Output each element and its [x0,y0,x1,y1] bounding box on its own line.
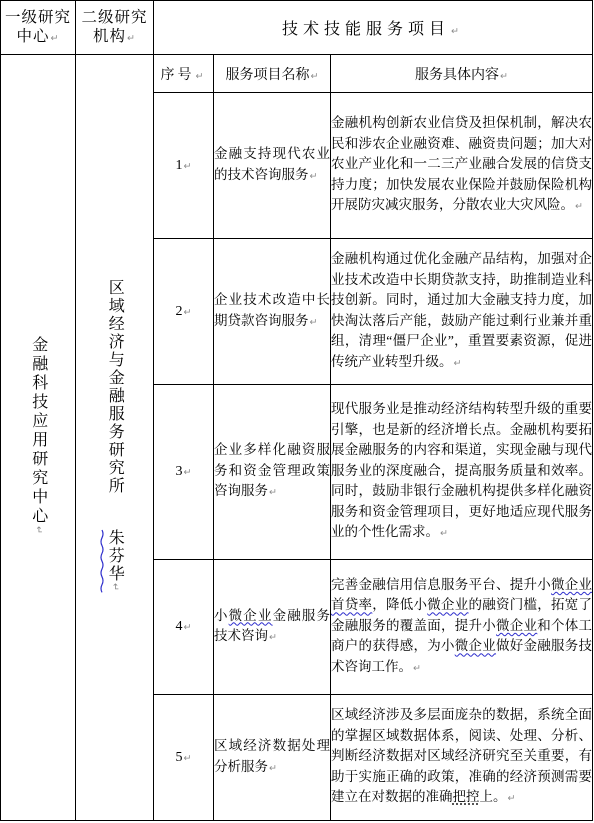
row-number-cell: 4↵ [154,560,214,695]
row-number-cell: 5↵ [154,695,214,821]
paragraph-mark: ↵ [309,171,318,182]
subheader-service-name-label: 服务项目名称 [226,68,310,83]
text-segment-wavy: 微企业 [427,597,468,612]
text-segment: 现代服务业是推动经济结构转型升级的重要引擎，也是新的经济增长点。金融机构要拓展金… [331,401,592,539]
row-number: 1 [176,158,183,173]
service-content-cell: 完善金融信用信息服务平台、提升小微企业首贷率，降低小微企业的融资门槛，拓宽了金融… [331,560,593,695]
paragraph-mark: ↵ [310,71,319,82]
header-level2-institution: 二级研究机构↵ [76,1,154,55]
institute-vertical-text: 区域经济与金融服务研究所朱芬华↵ [106,279,124,591]
text-segment: 小 [214,608,229,623]
subheader-service-content: 服务具体内容↵ [331,55,593,93]
text-segment-wavy: 微企业 [229,608,273,623]
service-content-cell: 区域经济涉及多层面庞杂的数据，系统全面的掌握区域数据体系，阅读、处理、分析、判断… [331,695,593,821]
services-title-label: 技术技能服务项目 [282,21,450,38]
paragraph-mark: ↵ [450,26,464,37]
header-services-title: 技术技能服务项目↵ [154,1,593,55]
text-segment: 上。 [480,789,507,804]
text-segment: 完善金融信用信息服务平台、提升小 [331,577,551,592]
document-table: 一级研究中心↵ 二级研究机构↵ 技术技能服务项目↵ 金融科技应用研究中心↵ 区域… [0,0,593,821]
center-vertical-text: 金融科技应用研究中心↵ [29,336,47,534]
subheader-number: 序号↵ [154,55,214,93]
service-name-cell: 金融支持现代农业的技术咨询服务↵ [214,93,331,239]
paragraph-mark: ↵ [499,71,508,82]
header-level1-center: 一级研究中心↵ [1,1,76,55]
vertical-spacer [114,495,115,529]
service-content-cell: 金融机构通过优化金融产品结构，加强对企业技术改造中长期贷款支持，助推制造业科技创… [331,239,593,385]
row-number: 3 [176,464,183,479]
service-name-cell: 小微企业金融服务技术咨询↵ [214,560,331,695]
paragraph-mark: ↵ [183,161,192,172]
service-name-cell: 企业多样化融资服务和资金管理政策咨询服务↵ [214,385,331,560]
text-segment-wavy: 微企业 [455,638,496,653]
service-name-cell: 企业技术改造中长期贷款咨询服务↵ [214,239,331,385]
paragraph-mark: ↵ [126,33,136,44]
paragraph-mark: ↵ [195,71,207,82]
subheader-service-content-label: 服务具体内容 [415,68,499,83]
paragraph-mark: ↵ [32,526,44,534]
header-level2-label: 二级研究机构 [81,9,147,45]
row-number: 4 [176,619,183,634]
row-number: 5 [176,750,183,765]
paragraph-mark: ↵ [412,663,421,674]
paragraph-mark: ↵ [268,763,277,774]
text-segment: 金融机构通过优化金融产品结构，加强对企业技术改造中长期贷款支持，助推制造业科技创… [331,251,592,369]
paragraph-mark: ↵ [268,487,277,498]
person-name: 朱芬华 [106,529,123,583]
wavy-underline-icon [99,529,105,593]
row-number-cell: 3↵ [154,385,214,560]
row-number: 2 [176,304,183,319]
subheader-number-label: 序号 [161,68,195,83]
service-content-cell: 金融机构创新农业信贷及担保机制，解决农民和涉农企业融资难、融资贵问题；加大对农业… [331,93,593,239]
row-number-cell: 2↵ [154,239,214,385]
subheader-service-name: 服务项目名称↵ [214,55,331,93]
row-number-cell: 1↵ [154,93,214,239]
paragraph-mark: ↵ [183,753,192,764]
text-segment-dotted: 把控 [453,789,480,804]
person-name-wrap: 朱芬华 [106,529,123,583]
paragraph-mark: ↵ [309,317,318,328]
paragraph-mark: ↵ [108,583,120,591]
center-title: 金融科技应用研究中心 [30,336,47,526]
center-column-cell: 金融科技应用研究中心↵ [1,55,76,821]
paragraph-mark: ↵ [453,358,462,369]
paragraph-mark: ↵ [439,528,448,539]
text-segment: 金融机构创新农业信贷及担保机制，解决农民和涉农企业融资难、融资贵问题；加大对农业… [331,115,592,212]
table-subheader-row: 金融科技应用研究中心↵ 区域经济与金融服务研究所朱芬华↵ 序号↵ 服务项目名称↵… [1,55,593,93]
text-segment-wavy: 微企业 [496,618,537,633]
paragraph-mark: ↵ [183,307,192,318]
header-level1-label: 一级研究中心 [5,9,71,45]
paragraph-mark: ↵ [183,467,192,478]
institute-title: 区域经济与金融服务研究所 [106,279,123,495]
text-segment: ，降低小 [372,597,427,612]
table-header-row: 一级研究中心↵ 二级研究机构↵ 技术技能服务项目↵ [1,1,593,55]
service-content-cell: 现代服务业是推动经济结构转型升级的重要引擎，也是新的经济增长点。金融机构要拓展金… [331,385,593,560]
service-name-cell: 区域经济数据处理分析服务↵ [214,695,331,821]
paragraph-mark: ↵ [507,793,516,804]
paragraph-mark: ↵ [268,632,277,643]
paragraph-mark: ↵ [50,33,60,44]
institute-column-cell: 区域经济与金融服务研究所朱芬华↵ [76,55,154,821]
paragraph-mark: ↵ [574,201,583,212]
paragraph-mark: ↵ [183,622,192,633]
